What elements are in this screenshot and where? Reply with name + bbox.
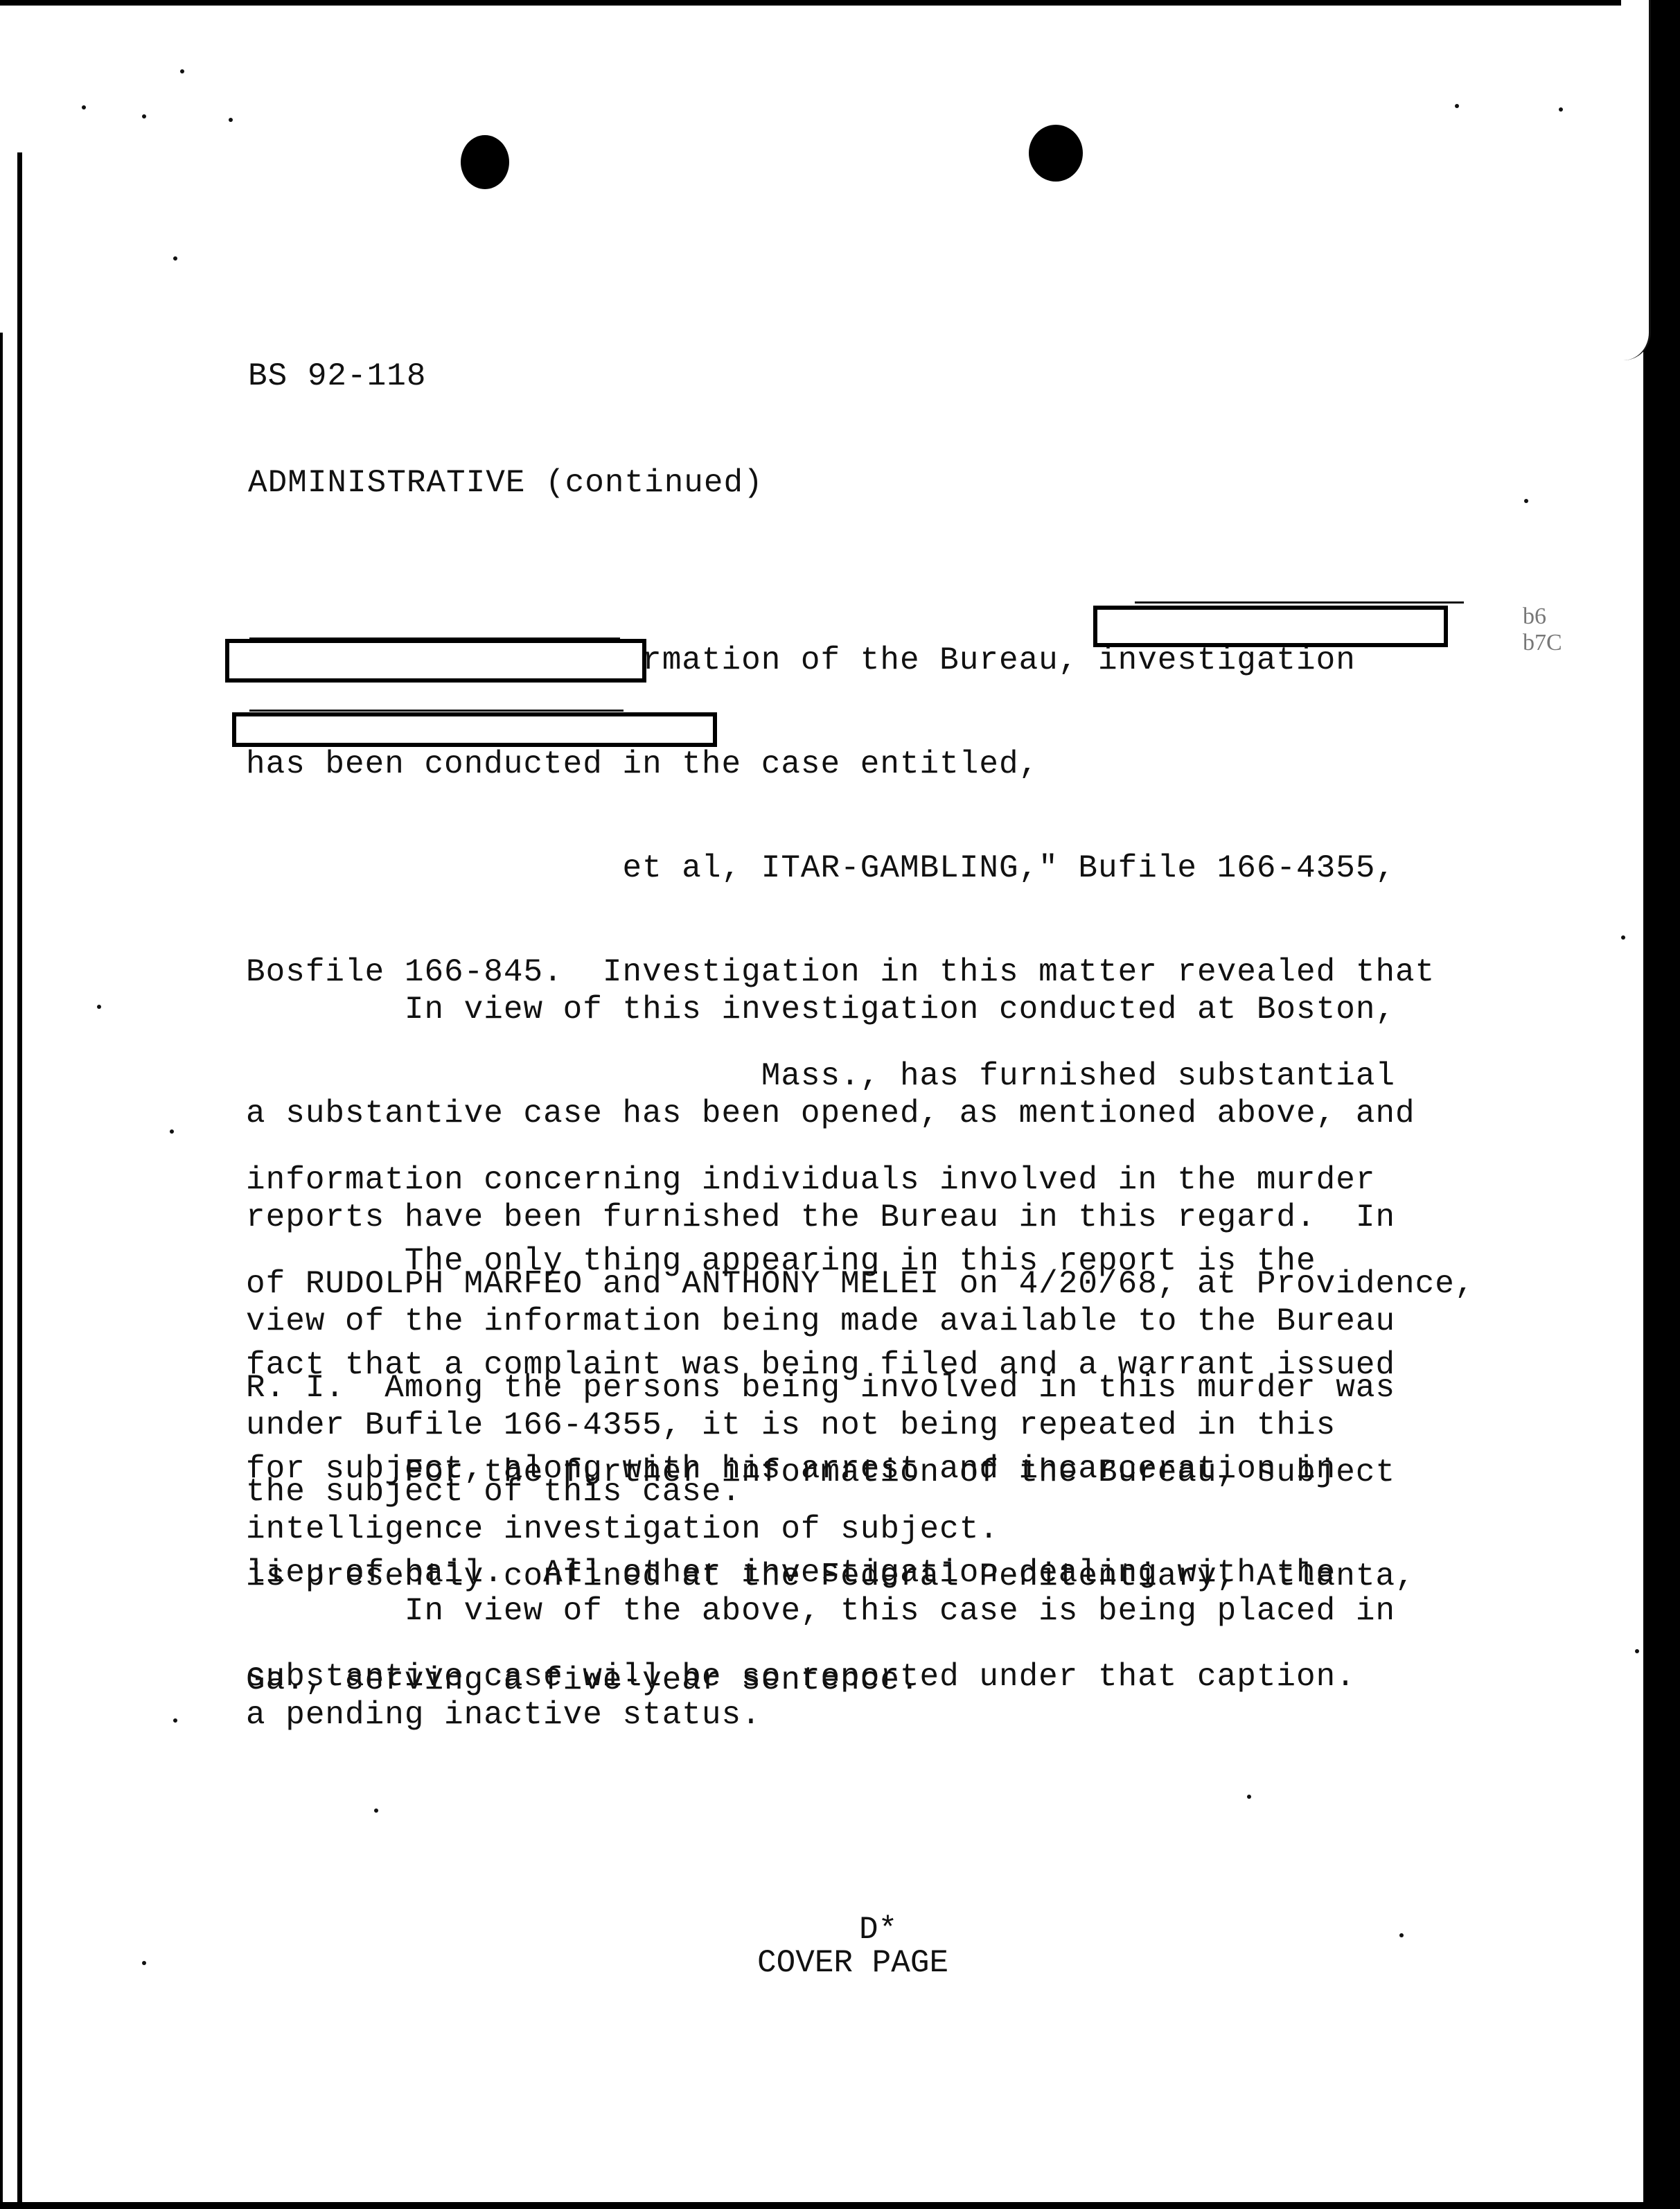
text-line: a pending inactive status. (246, 1698, 1562, 1732)
scan-speck (170, 1129, 174, 1134)
scan-speck (1635, 1649, 1639, 1653)
scan-speck (82, 105, 86, 109)
redaction-box (225, 639, 646, 683)
file-number: BS 92-118 (248, 359, 426, 394)
redaction-box (1093, 606, 1448, 647)
scan-speck (180, 69, 184, 73)
paragraph-5: In view of the above, this case is being… (246, 1524, 1562, 1802)
punch-hole-left (461, 135, 509, 189)
scan-speck (1455, 104, 1459, 108)
underline (1135, 601, 1464, 604)
scan-speck (1399, 1933, 1404, 1937)
redaction-box (232, 712, 717, 747)
scan-edge-top (0, 0, 1680, 6)
text-line: In view of the above, this case is being… (246, 1594, 1562, 1628)
footer-mark: D* (859, 1912, 897, 1947)
scan-edge-bottom (0, 2202, 1680, 2209)
scan-speck (1621, 935, 1625, 940)
scan-edge-left-outer (0, 333, 3, 2203)
page-curl (1621, 0, 1651, 360)
footer-label: COVER PAGE (757, 1946, 948, 1980)
exemption-code-b7c: b7C (1523, 631, 1562, 655)
text-line: For the further information of the Burea… (246, 1455, 1562, 1490)
text-line: The only thing appearing in this report … (246, 1244, 1562, 1278)
section-heading: ADMINISTRATIVE (continued) (248, 466, 763, 500)
scan-speck (229, 118, 233, 122)
scanned-document-page: BS 92-118 ADMINISTRATIVE (continued) For… (0, 0, 1680, 2209)
scan-speck (374, 1808, 378, 1813)
text-line: has been conducted in the case entitled, (246, 747, 1562, 782)
scan-speck (142, 1961, 146, 1965)
scan-speck (173, 256, 177, 261)
scan-speck (97, 1005, 101, 1009)
text-line: In view of this investigation conducted … (246, 992, 1562, 1027)
scan-edge-left (17, 152, 22, 2209)
text-line: a substantive case has been opened, as m… (246, 1096, 1562, 1131)
scan-speck (173, 1718, 177, 1723)
scan-speck (142, 114, 146, 118)
scan-speck (1559, 107, 1563, 112)
text-line: et al, ITAR-GAMBLING," Bufile 166-4355, (246, 851, 1562, 886)
scan-speck (1524, 499, 1528, 503)
punch-hole-right (1029, 125, 1083, 182)
exemption-code-b6: b6 (1523, 604, 1546, 629)
underline (249, 710, 624, 712)
text-line: fact that a complaint was being filed an… (246, 1348, 1562, 1382)
